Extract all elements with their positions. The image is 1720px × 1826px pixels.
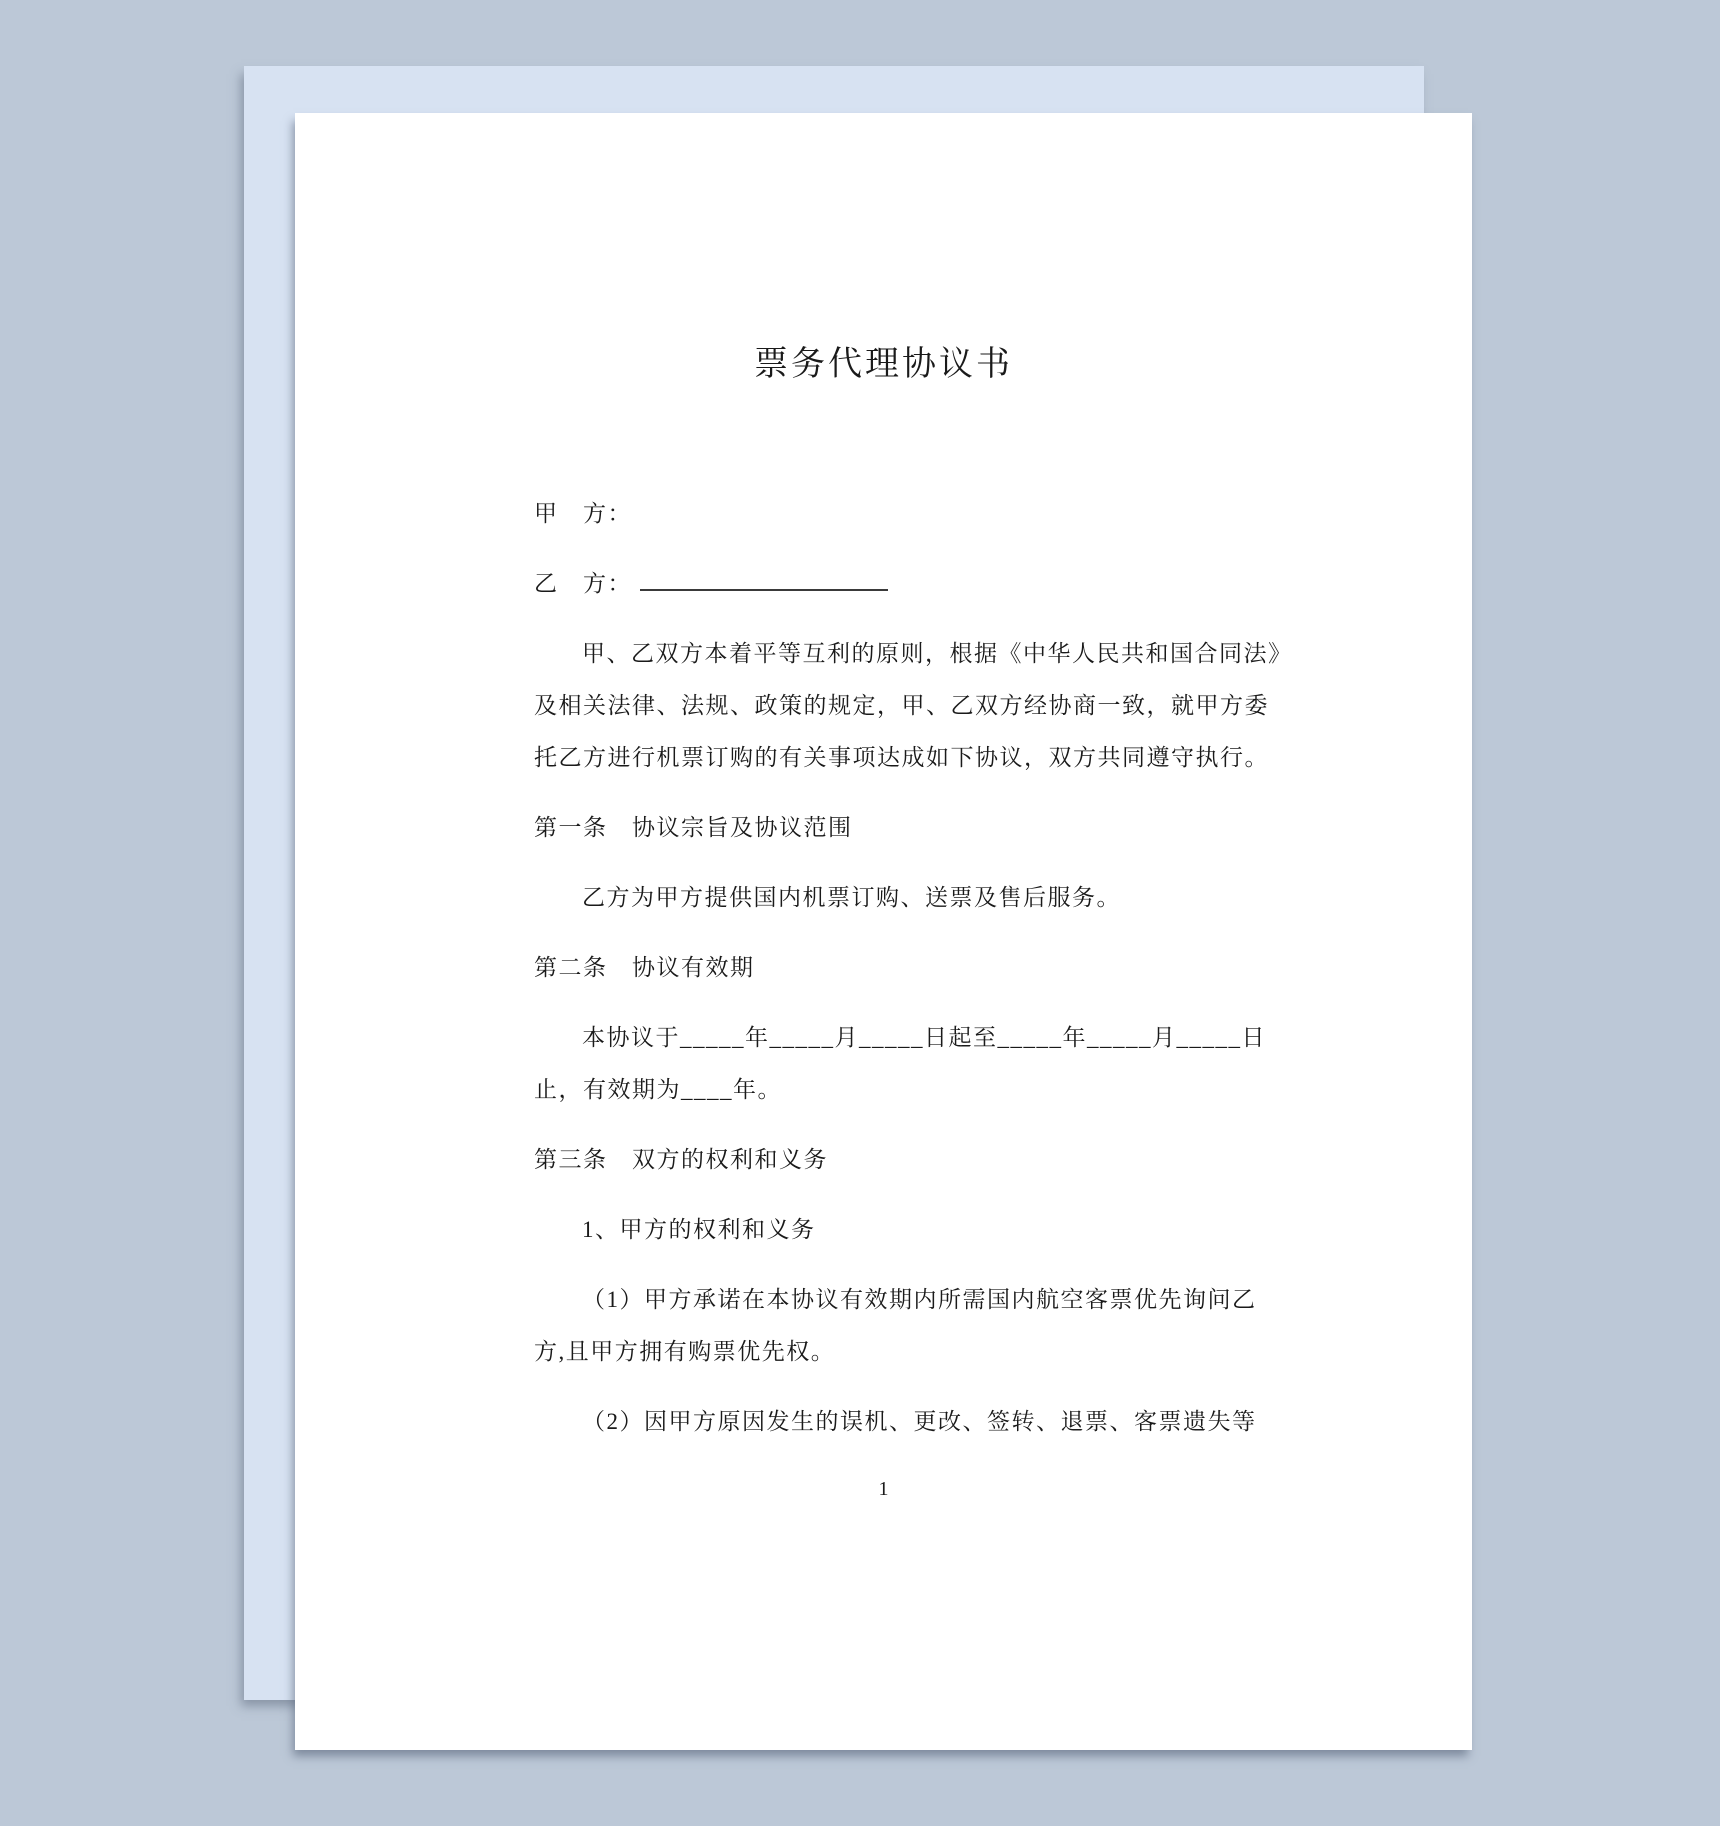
text-line: 甲、乙双方本着平等互利的原则，根据《中华人民共和国合同法》 — [534, 628, 1262, 680]
document-page: 票务代理协议书 甲 方：乙 方：甲、乙双方本着平等互利的原则，根据《中华人民共和… — [295, 113, 1472, 1750]
section-heading: 第一条 协议宗旨及协议范围 — [534, 802, 1262, 854]
text-line: 1、甲方的权利和义务 — [534, 1204, 1262, 1256]
text-line: （2）因甲方原因发生的误机、更改、签转、退票、客票遗失等 — [534, 1396, 1262, 1448]
text-line: 乙方为甲方提供国内机票订购、送票及售后服务。 — [534, 872, 1262, 924]
text-line: 第一条 协议宗旨及协议范围 — [534, 802, 1262, 854]
text-line: 第三条 双方的权利和义务 — [534, 1134, 1262, 1186]
text-line: 托乙方进行机票订购的有关事项达成如下协议，双方共同遵守执行。 — [534, 732, 1262, 784]
paragraph: 1、甲方的权利和义务 — [534, 1204, 1262, 1256]
page-number: 1 — [295, 1474, 1472, 1504]
text-line: 乙 方： — [534, 558, 1262, 610]
desktop-background: 票务代理协议书 甲 方：乙 方：甲、乙双方本着平等互利的原则，根据《中华人民共和… — [0, 0, 1720, 1826]
document-content: 甲 方：乙 方：甲、乙双方本着平等互利的原则，根据《中华人民共和国合同法》及相关… — [534, 488, 1262, 1448]
text-line: 方,且甲方拥有购票优先权。 — [534, 1326, 1262, 1378]
text-line: 及相关法律、法规、政策的规定，甲、乙双方经协商一致，就甲方委 — [534, 680, 1262, 732]
text-line: 甲 方： — [534, 488, 1262, 540]
paragraph: （1）甲方承诺在本协议有效期内所需国内航空客票优先询问乙方,且甲方拥有购票优先权… — [534, 1274, 1262, 1378]
document-title: 票务代理协议书 — [295, 343, 1472, 387]
section-heading: 第三条 双方的权利和义务 — [534, 1134, 1262, 1186]
text-line: 止，有效期为____年。 — [534, 1064, 1262, 1116]
fill-in-blank-line — [640, 563, 888, 591]
text-line: 本协议于_____年_____月_____日起至_____年_____月____… — [534, 1012, 1262, 1064]
party-field: 甲 方： — [534, 488, 1262, 540]
paragraph: （2）因甲方原因发生的误机、更改、签转、退票、客票遗失等 — [534, 1396, 1262, 1448]
paragraph: 乙方为甲方提供国内机票订购、送票及售后服务。 — [534, 872, 1262, 924]
text-line: （1）甲方承诺在本协议有效期内所需国内航空客票优先询问乙 — [534, 1274, 1262, 1326]
paragraph: 甲、乙双方本着平等互利的原则，根据《中华人民共和国合同法》及相关法律、法规、政策… — [534, 628, 1262, 784]
paragraph: 本协议于_____年_____月_____日起至_____年_____月____… — [534, 1012, 1262, 1116]
section-heading: 第二条 协议有效期 — [534, 942, 1262, 994]
text-line: 第二条 协议有效期 — [534, 942, 1262, 994]
party-field: 乙 方： — [534, 558, 1262, 610]
